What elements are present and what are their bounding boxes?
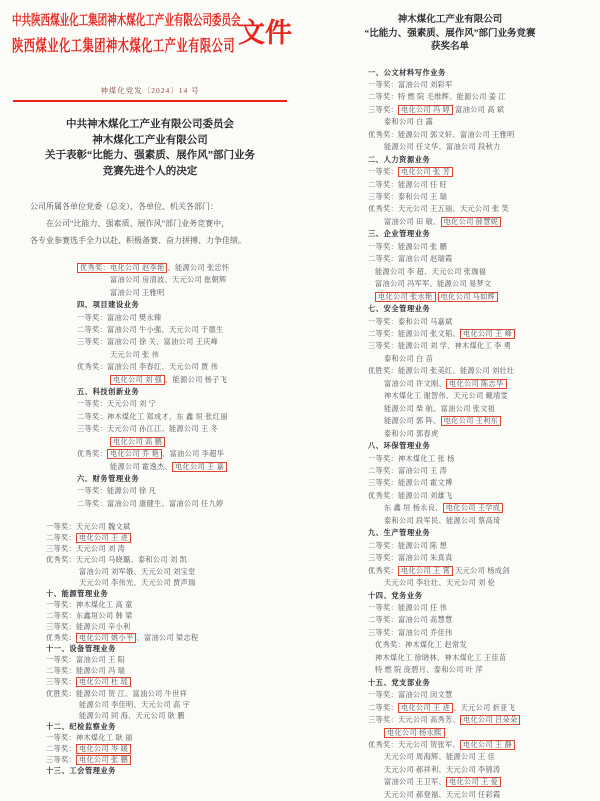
text-segment: 八、环保管理业务 xyxy=(368,442,430,450)
doc-line: 三等奖：能源公司 辛小利 xyxy=(46,622,300,633)
text-segment: 优秀奖：能源公司 郭文轩、富油公司 王雅明 xyxy=(368,131,514,139)
text-segment: 二等奖： xyxy=(46,534,76,542)
text-segment: 二等奖： xyxy=(368,704,398,712)
doc-line: 特 燃 院 庞碧月、泰和公司 叶 萍 xyxy=(375,664,600,676)
document-body-intro: 公司所属各单位党委（总支）、各单位、机关各部门：在公司“比能力、强素质、展作风”… xyxy=(0,198,300,249)
text-segment: 二等奖：富油公司 王 涛 xyxy=(368,467,447,475)
text-segment: 一、公文材料写作业务 xyxy=(368,69,446,77)
text-segment: 三等奖：能源公司 刘 学、神木煤化工 李 勇 xyxy=(368,342,511,350)
doc-line: 关于表彰“比能力、强素质、展作风”部门业务 xyxy=(0,148,300,164)
text-segment: 特 燃 院 庞碧月、泰和公司 叶 萍 xyxy=(375,666,483,674)
text-segment: 天元公司 郝登福、天元公司 任彩霞 xyxy=(384,791,501,799)
doc-line: 优秀奖：电化公司 赵李艳、能源公司 张忠怀 xyxy=(77,262,300,274)
text-segment: 天元公司 郝祥利、天元公司 李锦涛 xyxy=(384,766,501,774)
text-segment: 在公司“比能力、强素质、展作风”部门业务竞赛中， xyxy=(46,219,229,228)
text-segment: 富油公司 刘军娥、天元公司 刘宝堂 xyxy=(79,568,196,576)
text-segment: 三等奖：天元公司 孙江江、能源公司 王 冬 xyxy=(77,425,218,433)
section-heading: 十五、党支部业务 xyxy=(368,677,600,689)
text-segment: 三、企业管理业务 xyxy=(368,230,430,238)
doc-line: 二等奖：特 燃 院 毛维辉、能源公司 姜 江 xyxy=(368,91,600,103)
red-divider-rule xyxy=(13,100,287,102)
section-heading: 十一、设备管理业务 xyxy=(46,644,300,655)
section-heading: 六、财务管理业务 xyxy=(77,473,300,485)
highlighted-winner-name: 优秀奖：电化公司 赵李艳 xyxy=(77,263,167,273)
section-heading: 五、科技创新业务 xyxy=(77,386,300,398)
text-segment: 二等奖：东鑫垣公司 韩 梁 xyxy=(46,612,133,620)
text-segment: 三等奖：富油公司 朱真真 xyxy=(368,554,452,562)
text-segment: 、天元公司 折亚飞 xyxy=(453,704,515,712)
doc-line: 能源公司 任文华、富油公司 段秋力 xyxy=(384,141,600,153)
text-segment: 二等奖：富油公司 高慧慧 xyxy=(368,616,452,624)
text-segment: 一等奖：能源公司 张 鹏 xyxy=(368,243,447,251)
text-segment: 一等奖：天元公司 魏文斌 xyxy=(46,523,130,531)
doc-line: 各专业参赛选手全力以赴、积极备赛、奋力拼搏、力争佳绩。 xyxy=(30,232,282,249)
text-segment: 各专业参赛选手全力以赴、积极备赛、奋力拼搏、力争佳绩。 xyxy=(30,236,246,245)
text-segment: 优秀奖：天元公司 贺张军、 xyxy=(368,741,460,749)
text-segment: 、能源公司 杨子飞 xyxy=(165,376,227,384)
document-title: 中共神木煤化工产业有限公司委员会神木煤化工产业有限公司关于表彰“比能力、强素质、… xyxy=(0,117,300,179)
doc-line: 一等奖：泰和公司 马嘉斌 xyxy=(368,316,600,328)
text-segment: 泰和公司 郭春虎 xyxy=(384,430,439,438)
highlighted-winner-name: 电化公司 姚小平 xyxy=(76,633,137,643)
doc-line: 在公司“比能力、强素质、展作风”部门业务竞赛中， xyxy=(46,215,282,232)
letterhead-line2: 陕西煤业化工集团神木煤化工产业有限公司 xyxy=(12,33,235,56)
text-segment: 一等奖：神木煤化工 耿 丽 xyxy=(46,734,133,742)
doc-line: 三等奖：能源公司 霍文博 xyxy=(368,477,600,489)
doc-line: 三等奖：富油公司 乔佳伟 xyxy=(368,627,600,639)
doc-line: 竞赛先进个人的决定 xyxy=(0,164,300,180)
text-segment: 一等奖：泰和公司 马嘉斌 xyxy=(368,318,452,326)
text-segment: 二等奖：特 燃 院 毛维辉、能源公司 姜 江 xyxy=(368,93,506,101)
doc-line: 二等奖：富油公司 牛小强、天元公司 于德生 xyxy=(77,324,300,336)
text-segment: 、能源公司 张忠怀 xyxy=(167,264,229,272)
highlighted-winner-name: 电化公司 王 爱 xyxy=(446,777,501,787)
section-heading: 二、人力资源业务 xyxy=(368,154,600,166)
text-segment: 天元公司 李伟光、天元公司 贾声瑞 xyxy=(79,579,196,587)
doc-line: 二等奖：东鑫垣公司 韩 梁 xyxy=(46,611,300,622)
highlighted-winner-name: 电化公司 高 鹏 xyxy=(110,437,165,447)
doc-line: 二等奖：富油公司 高慧慧 xyxy=(368,614,600,626)
doc-line: 优秀奖：能源公司 郭文轩、富油公司 王雅明 xyxy=(368,129,600,141)
text-segment: 泰和公司 白 苗 xyxy=(384,355,433,363)
text-segment: 神木煤化工产业有限公司 xyxy=(92,135,208,146)
text-segment: 优秀奖： xyxy=(77,450,107,458)
text-segment: 三等奖：天元公司 高秀芳、 xyxy=(368,716,460,724)
section-heading: 十三、工会管理业务 xyxy=(46,766,300,777)
section-heading: 十二、纪检监察业务 xyxy=(46,722,300,733)
text-segment: 十五、党支部业务 xyxy=(368,679,430,687)
doc-line: 一等奖：富油公司 王 阳 xyxy=(46,655,300,666)
doc-line: 优秀奖：天元公司 王五丽、天元公司 张 笑 xyxy=(368,203,600,215)
doc-line: 天元公司 李伟光、天元公司 贾声瑞 xyxy=(79,578,300,589)
document-canvas: 中共陕西煤业化工集团神木煤化工产业有限公司委员会 陕西煤业化工集团神木煤化工产业… xyxy=(0,0,600,801)
doc-line: 一等奖：神木煤化工 张 杨 xyxy=(368,453,600,465)
doc-line: 电化公司 刘 强、能源公司 杨子飞 xyxy=(110,374,300,386)
text-segment: 三等奖：天元公司 刘 涛 xyxy=(46,545,125,553)
doc-line: 二等奖：能源公司 陈 想 xyxy=(368,540,600,552)
text-segment: 优秀奖： xyxy=(46,634,76,642)
doc-line: 二等奖：电化公司 岑 媛 xyxy=(46,744,300,755)
highlighted-winner-name: 电化公司 王 静 xyxy=(460,740,515,750)
doc-line: 富油公司 冯军军、能源公司 易梦文 xyxy=(375,278,600,290)
text-segment: 十三、工会管理业务 xyxy=(46,767,116,775)
doc-line: 一等奖：能源公司 徐 凡 xyxy=(77,485,300,497)
text-segment: 五、科技创新业务 xyxy=(77,388,139,396)
section-heading: 三、企业管理业务 xyxy=(368,228,600,240)
text-segment: 二等奖：富油公司 牛小强、天元公司 于德生 xyxy=(77,326,223,334)
doc-line: 电化公司 杨永熙 xyxy=(384,727,600,739)
doc-line: 一等奖：神木煤化工 高 童 xyxy=(46,600,300,611)
text-segment: 一等奖：天元公司 刘 宁 xyxy=(77,400,156,408)
highlighted-winner-name: 电化公司 王 嘉 xyxy=(172,462,227,472)
doc-line: 泰和公司 白 苗 xyxy=(384,353,600,365)
doc-line: 能源公司 李 超、天元公司 张珈福 xyxy=(375,266,600,278)
letterhead-line1: 中共陕西煤业化工集团神木煤化工产业有限公司委员会 xyxy=(12,10,236,30)
doc-line: 中共神木煤化工产业有限公司委员会 xyxy=(0,117,300,133)
text-segment: 泰和公司 白 露 xyxy=(384,118,433,126)
text-segment: 、富油公司 李超华 xyxy=(162,450,224,458)
text-segment: 二等奖：富油公司 赵瑞霞 xyxy=(368,255,452,263)
doc-line: 二等奖：富油公司 康健生、富油公司 任九婷 xyxy=(77,498,300,510)
text-segment: 七、安全管理业务 xyxy=(368,305,430,313)
doc-line: 优胜奖：能源公司 张美红、能源公司 刘壮壮 xyxy=(368,365,600,377)
highlighted-winner-name: 电化公司 马如辉 xyxy=(438,292,499,302)
doc-line: 一等奖：富油公司 闵文慧 xyxy=(368,689,600,701)
text-segment: 能源公司 霍逸杰、 xyxy=(110,463,172,471)
text-segment: 中共神木煤化工产业有限公司委员会 xyxy=(66,119,234,130)
highlighted-winner-name: 电化公司 张 鹏 xyxy=(76,755,131,765)
text-segment: 四、项目建设业务 xyxy=(77,301,139,309)
doc-line: 优秀奖：电化公司 王 霄 天元公司 杨成剑 xyxy=(368,565,600,577)
text-segment: 能源公司 任文华、富油公司 段秋力 xyxy=(384,143,501,151)
doc-line: 一等奖：天元公司 魏文斌 xyxy=(46,522,300,533)
doc-line: 三等奖：天元公司 孙江江、能源公司 王 冬 xyxy=(77,423,300,435)
text-segment: 十四、党务业务 xyxy=(368,592,423,600)
doc-line: 公司所属各单位党委（总支）、各单位、机关各部门： xyxy=(30,198,282,215)
text-segment: 九、生产管理业务 xyxy=(368,529,430,537)
doc-line: 泰和公司 白 露 xyxy=(384,116,600,128)
text-segment: 十二、纪检监察业务 xyxy=(46,723,116,731)
doc-line: 一等奖：富油公司 刘彩军 xyxy=(368,79,600,91)
section-heading: 十四、党务业务 xyxy=(368,590,600,602)
text-segment: 优胜奖：能源公司 贺 江、富油公司 牛世祥 xyxy=(46,690,187,698)
doc-line: 电化公司 高 鹏 xyxy=(110,436,300,448)
text-segment: 富油公司 王卫军、 xyxy=(384,778,446,786)
award-list-fragment-a: 优秀奖：电化公司 赵李艳、能源公司 张忠怀富油公司 房清波、天元公司 崔朝辉富油… xyxy=(0,262,300,510)
letterhead: 中共陕西煤业化工集团神木煤化工产业有限公司委员会 陕西煤业化工集团神木煤化工产业… xyxy=(0,0,300,56)
text-segment: 富油公司 王雅明 xyxy=(110,289,165,297)
doc-line: 二等奖：电化公司 王 进 xyxy=(46,533,300,544)
section-heading: 七、安全管理业务 xyxy=(368,303,600,315)
doc-line: 优秀奖：神木煤化工 赵常发 xyxy=(375,639,600,651)
text-segment: 优秀奖：能源公司 刘雄飞 xyxy=(368,492,452,500)
document-number: 神煤化党发〔2024〕14 号 xyxy=(0,85,300,96)
doc-line: 富油公司 田 敏、电化公司 薛慧妮 xyxy=(384,216,600,228)
doc-line: 天元公司 郝祥利、天元公司 李锦涛 xyxy=(384,764,600,776)
text-segment: 六、财务管理业务 xyxy=(77,475,139,483)
doc-line: 能源公司 霍逸杰、电化公司 王 嘉 xyxy=(110,461,300,473)
highlighted-winner-name: 电化公司 张 芳 xyxy=(398,167,453,177)
winner-list-title: 神木煤化工产业有限公司“比能力、强素质、展作风”部门业务竞赛获奖名单 xyxy=(300,0,600,55)
doc-line: 天元公司 郝登福、天元公司 任彩霞 xyxy=(384,789,600,801)
doc-line: 神木煤化工 徐晓林、神木煤化工 王佳苗 xyxy=(375,652,600,664)
doc-line: 富油公司 房清波、天元公司 崔朝辉 xyxy=(110,274,300,286)
text-segment: 富油公司 许文刚、 xyxy=(384,380,446,388)
doc-line: 富油公司 刘军娥、天元公司 刘宝堂 xyxy=(79,567,300,578)
highlighted-winner-name: 电化公司 薛慧妮 xyxy=(441,217,502,227)
page-left-decision-document: 中共陕西煤业化工集团神木煤化工产业有限公司委员会 陕西煤业化工集团神木煤化工产业… xyxy=(0,0,300,801)
text-segment: 十一、设备管理业务 xyxy=(46,645,116,653)
text-segment: 能源公司 郭 阵、 xyxy=(384,417,441,425)
doc-line: 二等奖：神木煤化工 郑成才，东 鑫 垣 张红丽 xyxy=(77,411,300,423)
doc-line: 二等奖：能源公司 张文韬、电化公司 王 峰 xyxy=(368,328,600,340)
doc-line: 一等奖：电化公司 张 芳 xyxy=(368,166,600,178)
doc-line: 电化公司 张水艳 电化公司 马如辉 xyxy=(375,291,600,303)
text-segment: 一等奖：能源公司 任 伟 xyxy=(368,604,447,612)
award-list-right: 一、公文材料写作业务一等奖：富油公司 刘彩军二等奖：特 燃 院 毛维辉、能源公司… xyxy=(300,67,600,801)
highlighted-winner-name: 电化公司 王利东 xyxy=(441,416,502,426)
text-segment: 获奖名单 xyxy=(431,42,469,52)
highlighted-winner-name: 电化公司 王 进 xyxy=(398,703,453,713)
doc-line: 富油公司 许文刚、电化公司 陈志华 xyxy=(384,378,600,390)
text-segment: 、富油公司 梁志程 xyxy=(136,634,198,642)
doc-line: 优秀奖：天元公司 贺张军、电化公司 王 静 xyxy=(368,739,600,751)
text-segment: 优秀奖：天元公司 马晓璐、泰和公司 刘 凯 xyxy=(46,556,187,564)
section-heading: 八、环保管理业务 xyxy=(368,440,600,452)
doc-line: 三等奖：电化公司 张 鹏 xyxy=(46,755,300,766)
doc-line: 泰和公司 郭春虎 xyxy=(384,428,600,440)
page-right-winner-list: 神木煤化工产业有限公司“比能力、强素质、展作风”部门业务竞赛获奖名单 一、公文材… xyxy=(300,0,600,801)
doc-line: 二等奖：富油公司 王 涛 xyxy=(368,465,600,477)
text-segment: 优秀奖：天元公司 王五丽、天元公司 张 笑 xyxy=(368,205,509,213)
text-segment: 天元公司 周海辉、能源公司 王 佳 xyxy=(384,753,495,761)
doc-line: 二等奖：能源公司 冯 瑞 xyxy=(46,666,300,677)
text-segment: 三等奖：富油公司 徐 关、富油公司 王庆峰 xyxy=(77,338,218,346)
doc-line: 三等奖：天元公司 高秀芳、电化公司 吕朵朵 xyxy=(368,714,600,726)
highlighted-winner-name: 电化公司 刘 强 xyxy=(110,375,165,385)
text-segment: 关于表彰“比能力、强素质、展作风”部门业务 xyxy=(45,150,255,161)
text-segment: 三等奖：泰和公司 王 瑞 xyxy=(368,193,447,201)
doc-line: 一等奖：富油公司 樊永臻 xyxy=(77,312,300,324)
section-heading: 四、项目建设业务 xyxy=(77,299,300,311)
highlighted-winner-name: 电化公司 张水艳 xyxy=(375,292,436,302)
doc-line: 获奖名单 xyxy=(300,41,600,55)
text-segment: 一等奖：富油公司 刘彩军 xyxy=(368,81,452,89)
doc-line: “比能力、强素质、展作风”部门业务竞赛 xyxy=(300,28,600,42)
text-segment: 二等奖：能源公司 张文韬、 xyxy=(368,330,460,338)
text-segment: 天元公司 张 伟 xyxy=(110,351,159,359)
text-segment: 能源公司 同 海、天元公司 耿 鹏 xyxy=(79,712,185,720)
text-segment: 神木煤化工 徐晓林、神木煤化工 王佳苗 xyxy=(375,654,506,662)
text-segment: 公司所属各单位党委（总支）、各单位、机关各部门： xyxy=(30,202,218,211)
doc-line: 富油公司 王雅明 xyxy=(110,287,300,299)
text-segment: 二等奖：神木煤化工 郑成才，东 鑫 垣 张红丽 xyxy=(77,413,228,421)
highlighted-winner-name: 电化公司 岑 媛 xyxy=(76,744,131,754)
highlighted-winner-name: 电化公司 吕朵朵 xyxy=(460,715,521,725)
doc-line: 三等奖：天元公司 刘 涛 xyxy=(46,544,300,555)
doc-line: 泰和公司 段军民、能源公司 蔡高琦 xyxy=(384,515,600,527)
text-segment: 三等奖：富油公司 乔佳伟 xyxy=(368,629,452,637)
doc-line: 三等奖：电化公司 冯 婷 富油公司 高 斌 xyxy=(368,104,600,116)
text-segment: 一等奖：能源公司 徐 凡 xyxy=(77,487,156,495)
text-segment: 二、人力资源业务 xyxy=(368,156,430,164)
doc-line: 三等奖：电化公司 杜 瑶 xyxy=(46,677,300,688)
text-segment: 优胜奖：能源公司 张美红、能源公司 刘壮壮 xyxy=(368,367,514,375)
highlighted-winner-name: 电化公司 杨永熙 xyxy=(384,728,445,738)
doc-line: 东 鑫 垣 杨永良、电化公司 王学成 xyxy=(384,502,600,514)
doc-line: 神木煤化工产业有限公司 xyxy=(0,133,300,149)
award-list-fragment-b: 一等奖：天元公司 魏文斌二等奖：电化公司 王 进三等奖：天元公司 刘 涛优秀奖：… xyxy=(0,522,300,777)
doc-line: 能源公司 柴 航、富油公司 张文祖 xyxy=(384,403,600,415)
highlighted-winner-name: 电化公司 王 峰 xyxy=(460,329,515,339)
text-segment: “比能力、强素质、展作风”部门业务竞赛 xyxy=(364,29,535,39)
doc-line: 二等奖：电化公司 王 进、天元公司 折亚飞 xyxy=(368,702,600,714)
text-segment: 天元公司 李壮壮、天元公司 刘 伦 xyxy=(384,579,495,587)
doc-line: 一等奖：能源公司 任 伟 xyxy=(368,602,600,614)
doc-line: 天元公司 李壮壮、天元公司 刘 伦 xyxy=(384,577,600,589)
doc-line: 二等奖：富油公司 赵瑞霞 xyxy=(368,253,600,265)
text-segment: 一等奖： xyxy=(368,168,398,176)
text-segment: 富油公司 高 斌 xyxy=(453,106,504,114)
doc-line: 优胜奖：能源公司 贺 江、富油公司 牛世祥 xyxy=(46,689,300,700)
text-segment: 三等奖：能源公司 霍文博 xyxy=(368,479,452,487)
highlighted-winner-name: 电化公司 冯 婷 xyxy=(398,105,453,115)
text-segment: 泰和公司 段军民、能源公司 蔡高琦 xyxy=(384,517,501,525)
letterhead-lines: 中共陕西煤业化工集团神木煤化工产业有限公司委员会 陕西煤业化工集团神木煤化工产业… xyxy=(12,10,236,56)
text-segment: 二等奖：能源公司 陈 想 xyxy=(368,542,447,550)
text-segment: 能源公司 李 超、天元公司 张珈福 xyxy=(375,268,486,276)
doc-line: 三等奖：富油公司 朱真真 xyxy=(368,552,600,564)
doc-line: 能源公司 郭 阵、电化公司 王利东 xyxy=(384,415,600,427)
text-segment: 能源公司 柴 航、富油公司 张文祖 xyxy=(384,405,495,413)
doc-line: 天元公司 周海辉、能源公司 王 佳 xyxy=(384,751,600,763)
text-segment: 神木煤化工产业有限公司 xyxy=(398,15,503,25)
text-segment: 二等奖：能源公司 任 旺 xyxy=(368,181,447,189)
text-segment: 十、能源管理业务 xyxy=(46,590,108,598)
doc-line: 神木煤化工 谢智伟、天元公司 戴靖雯 xyxy=(384,390,600,402)
text-segment: 三等奖： xyxy=(46,756,76,764)
text-segment: 神木煤化工 谢智伟、天元公司 戴靖雯 xyxy=(384,392,508,400)
text-segment: 一等奖：神木煤化工 张 杨 xyxy=(368,455,455,463)
text-segment: 二等奖： xyxy=(46,745,76,753)
highlighted-winner-name: 电化公司 王学成 xyxy=(443,503,504,513)
text-segment: 一等奖：富油公司 樊永臻 xyxy=(77,314,161,322)
doc-line: 能源公司 同 海、天元公司 耿 鹏 xyxy=(79,711,300,722)
doc-line: 天元公司 张 伟 xyxy=(110,349,300,361)
text-segment: 能源公司 李佳明、天元公司 高 宇 xyxy=(79,701,190,709)
section-heading: 十、能源管理业务 xyxy=(46,589,300,600)
doc-line: 一等奖：能源公司 张 鹏 xyxy=(368,241,600,253)
section-heading: 一、公文材料写作业务 xyxy=(368,67,600,79)
text-segment: 优秀奖：神木煤化工 赵常发 xyxy=(375,641,467,649)
text-segment: 三等奖：能源公司 辛小利 xyxy=(46,623,130,631)
text-segment: 一等奖：富油公司 王 阳 xyxy=(46,656,125,664)
highlighted-winner-name: 电化公司 陈志华 xyxy=(446,379,507,389)
text-segment: 优秀奖： xyxy=(368,567,398,575)
text-segment: 富油公司 冯军军、能源公司 易梦文 xyxy=(375,280,492,288)
doc-line: 优秀奖：天元公司 马晓璐、泰和公司 刘 凯 xyxy=(46,555,300,566)
doc-line: 一等奖：神木煤化工 耿 丽 xyxy=(46,733,300,744)
doc-line: 优秀奖：富油公司 李春红、天元公司 贾 伟 xyxy=(77,361,300,373)
highlighted-winner-name: 电化公司 杜 瑶 xyxy=(76,677,131,687)
doc-line: 神木煤化工产业有限公司 xyxy=(300,14,600,28)
text-segment: 一等奖：富油公司 闵文慧 xyxy=(368,691,452,699)
doc-line: 三等奖：富油公司 徐 关、富油公司 王庆峰 xyxy=(77,336,300,348)
text-segment: 东 鑫 垣 杨永良、 xyxy=(384,504,443,512)
text-segment: 富油公司 房清波、天元公司 崔朝辉 xyxy=(110,276,227,284)
text-segment: 二等奖：富油公司 康健生、富油公司 任九婷 xyxy=(77,500,223,508)
text-segment: 三等奖： xyxy=(46,678,76,686)
doc-line: 能源公司 李佳明、天元公司 高 宇 xyxy=(79,700,300,711)
section-heading: 九、生产管理业务 xyxy=(368,527,600,539)
doc-line: 优秀奖：能源公司 刘雄飞 xyxy=(368,490,600,502)
highlighted-winner-name: 电化公司 王 霄 xyxy=(398,566,453,576)
highlighted-winner-name: 电化公司 乔 艳 xyxy=(107,449,162,459)
text-segment: 天元公司 杨成剑 xyxy=(453,567,510,575)
text-segment: 二等奖：能源公司 冯 瑞 xyxy=(46,667,125,675)
doc-line: 三等奖：能源公司 刘 学、神木煤化工 李 勇 xyxy=(368,340,600,352)
highlighted-winner-name: 电化公司 王 进 xyxy=(76,533,131,543)
doc-line: 优秀奖：电化公司 姚小平、富油公司 梁志程 xyxy=(46,633,300,644)
text-segment: 富油公司 田 敏、 xyxy=(384,218,441,226)
doc-line: 一等奖：天元公司 刘 宁 xyxy=(77,398,300,410)
file-label: 文件 xyxy=(238,20,292,47)
doc-line: 富油公司 王卫军、电化公司 王 爱 xyxy=(384,776,600,788)
doc-line: 三等奖：泰和公司 王 瑞 xyxy=(368,191,600,203)
text-segment: 三等奖： xyxy=(368,106,398,114)
text-segment: 竞赛先进个人的决定 xyxy=(103,166,198,177)
doc-line: 二等奖：能源公司 任 旺 xyxy=(368,179,600,191)
text-segment: 一等奖：神木煤化工 高 童 xyxy=(46,601,133,609)
doc-line: 优秀奖：电化公司 乔 艳、富油公司 李超华 xyxy=(77,448,300,460)
text-segment: 优秀奖：富油公司 李春红、天元公司 贾 伟 xyxy=(77,363,218,371)
